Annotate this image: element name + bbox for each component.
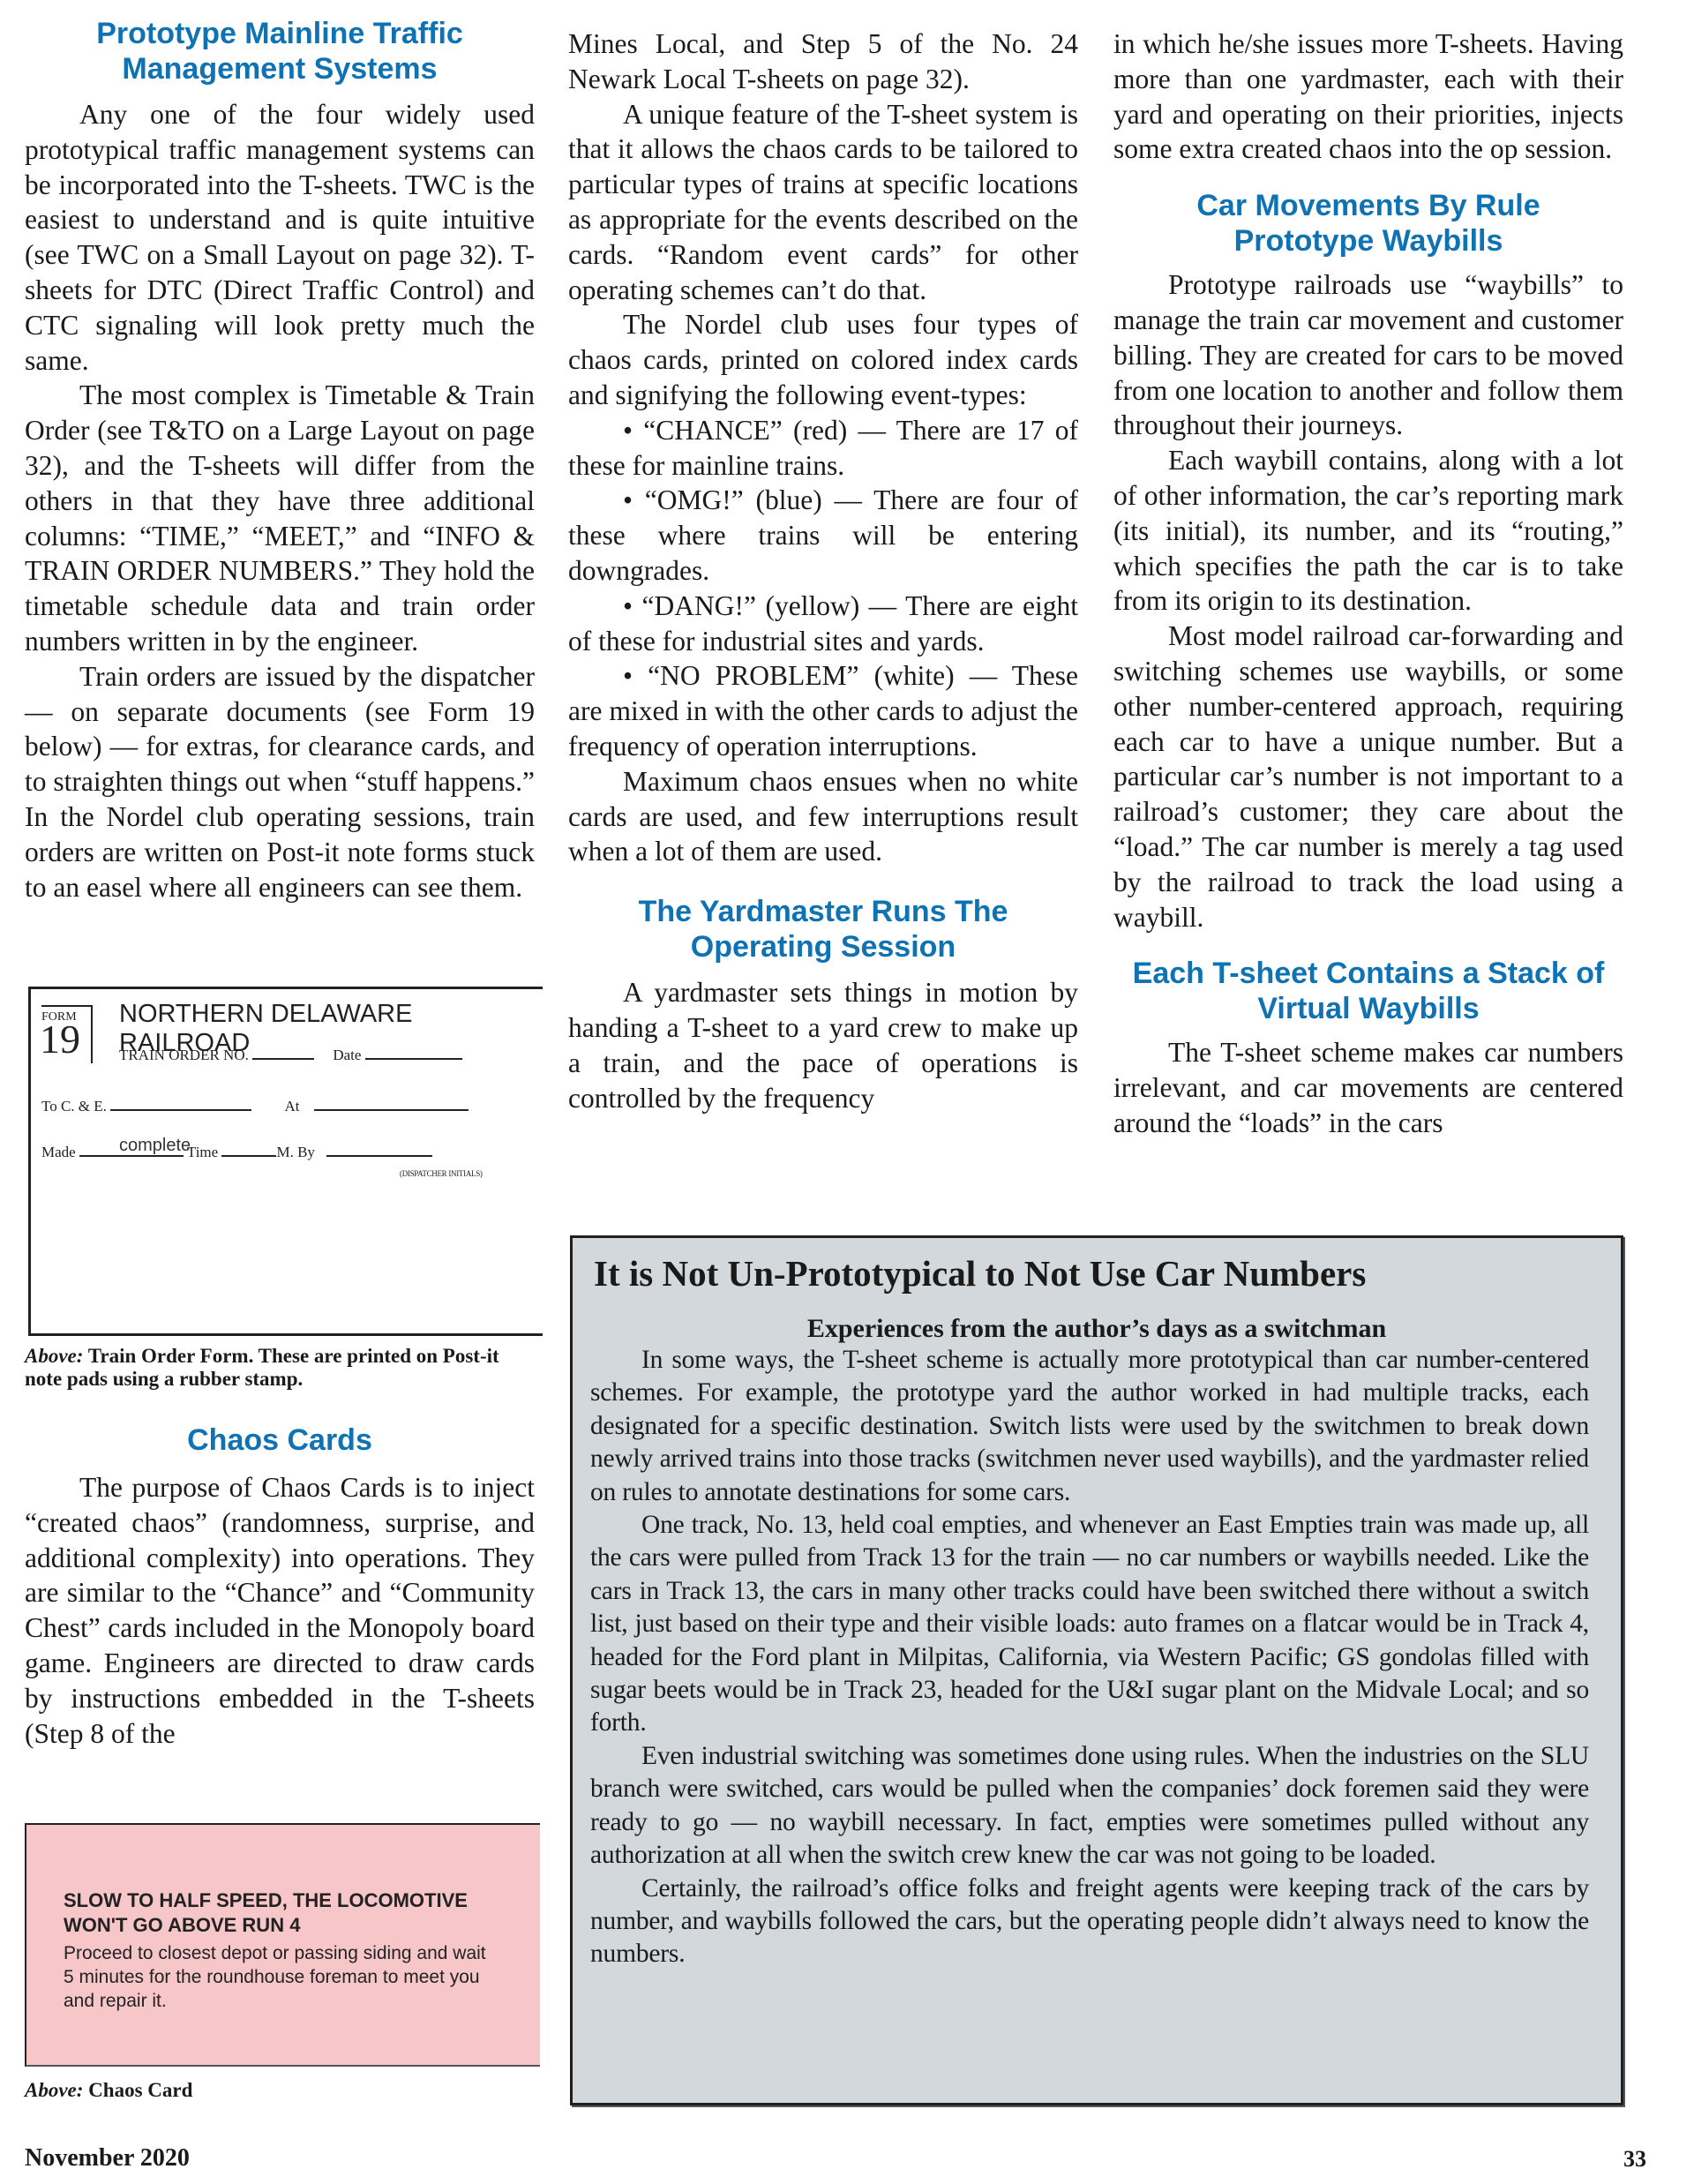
to-row: To C. & E. At (41, 1097, 468, 1115)
paragraph: in which he/she issues more T-sheets. Ha… (1113, 26, 1623, 167)
chaos-card-figure: SLOW TO HALF SPEED, THE LOCOMOTIVE WON'T… (25, 1823, 540, 2067)
date-label: Date (333, 1047, 361, 1063)
sidebar-paragraph: In some ways, the T-sheet scheme is actu… (590, 1344, 1589, 1509)
train-order-label: TRAIN ORDER NO. (119, 1047, 249, 1063)
to-label: To C. & E. (41, 1098, 107, 1115)
column-1: Prototype Mainline Traffic Management Sy… (25, 16, 535, 904)
heading-mainline-traffic: Prototype Mainline Traffic Management Sy… (25, 16, 535, 86)
sidebar-box: It is Not Un-Prototypical to Not Use Car… (570, 1235, 1623, 2105)
date-blank (365, 1046, 462, 1060)
at-blank (314, 1097, 468, 1111)
time-blank (221, 1143, 276, 1157)
caption-lead: Above: (25, 2079, 83, 2101)
sidebar-title: It is Not Un-Prototypical to Not Use Car… (594, 1252, 1366, 1295)
paragraph: The Nordel club uses four types of chaos… (568, 307, 1078, 412)
bullet-dang: • “DANG!” (yellow) — There are eight of … (568, 589, 1078, 659)
caption-lead: Above: (25, 1345, 83, 1367)
made-label: Made (41, 1144, 76, 1160)
made-value: complete (119, 1136, 191, 1156)
train-order-blank (252, 1046, 314, 1060)
train-order-row: TRAIN ORDER NO. Date (119, 1046, 462, 1064)
paragraph: Most model railroad car-forwarding and s… (1113, 619, 1623, 934)
sidebar-paragraph: One track, No. 13, held coal empties, an… (590, 1509, 1589, 1740)
paragraph: Mines Local, and Step 5 of the No. 24 Ne… (568, 26, 1078, 97)
caption-text: Train Order Form. These are printed on P… (25, 1345, 499, 1390)
issue-date: November 2020 (25, 2144, 190, 2173)
caption-text: Chaos Card (83, 2079, 192, 2101)
paragraph: Each waybill contains, along with a lot … (1113, 443, 1623, 619)
mby-label: M. By (276, 1144, 314, 1160)
sidebar-paragraph: Certainly, the railroad’s office folks a… (590, 1873, 1589, 1971)
column-1-chaos: Chaos Cards The purpose of Chaos Cards i… (25, 1422, 535, 1751)
form-number: 19 (40, 1019, 80, 1060)
heading-yardmaster: The Yardmaster Runs The Operating Sessio… (568, 894, 1078, 964)
sidebar-body: In some ways, the T-sheet scheme is actu… (590, 1344, 1589, 1971)
to-blank (110, 1097, 251, 1111)
chaos-caption: Above: Chaos Card (25, 2079, 536, 2102)
paragraph: The most complex is Timetable & Train Or… (25, 378, 535, 658)
bullet-chance: • “CHANCE” (red) — There are 17 of these… (568, 413, 1078, 484)
bullet-no-problem: • “NO PROBLEM” (white) — These are mixed… (568, 658, 1078, 763)
heading-car-movements: Car Movements By Rule Prototype Waybills (1113, 188, 1623, 259)
paragraph: A yardmaster sets things in motion by ha… (568, 975, 1078, 1115)
column-2: Mines Local, and Step 5 of the No. 24 Ne… (568, 26, 1078, 1115)
mby-blank (326, 1143, 432, 1157)
form-caption: Above: Train Order Form. These are print… (25, 1345, 536, 1391)
paragraph: Maximum chaos ensues when no white cards… (568, 764, 1078, 869)
paragraph: Train orders are issued by the dispatche… (25, 659, 535, 905)
column-3: in which he/she issues more T-sheets. Ha… (1113, 26, 1623, 1141)
heading-chaos-cards: Chaos Cards (25, 1422, 535, 1458)
paragraph: Prototype railroads use “waybills” to ma… (1113, 267, 1623, 443)
made-row: Made Time M. By (41, 1143, 432, 1161)
chaos-card-title: SLOW TO HALF SPEED, THE LOCOMOTIVE WON'T… (64, 1888, 505, 1938)
paragraph: The purpose of Chaos Cards is to inject … (25, 1470, 535, 1751)
train-order-form-figure: FORM 19 NORTHERN DELAWARE RAILROAD TRAIN… (28, 987, 543, 1336)
dispatcher-initials-label: (DISPATCHER INITIALS) (400, 1169, 483, 1178)
bullet-omg: • “OMG!” (blue) — There are four of thes… (568, 483, 1078, 588)
paragraph: A unique feature of the T-sheet system i… (568, 97, 1078, 308)
page-number: 33 (1623, 2146, 1646, 2173)
chaos-card-body: Proceed to closest depot or passing sidi… (64, 1941, 496, 2013)
paragraph: The T-sheet scheme makes car numbers irr… (1113, 1035, 1623, 1140)
heading-t-sheet-stack: Each T-sheet Contains a Stack of Virtual… (1113, 956, 1623, 1026)
sidebar-subtitle: Experiences from the author’s days as a … (573, 1314, 1621, 1344)
sidebar-paragraph: Even industrial switching was sometimes … (590, 1740, 1589, 1873)
time-label: Time (187, 1144, 218, 1160)
at-label: At (284, 1098, 299, 1115)
paragraph: Any one of the four widely used prototyp… (25, 97, 535, 378)
